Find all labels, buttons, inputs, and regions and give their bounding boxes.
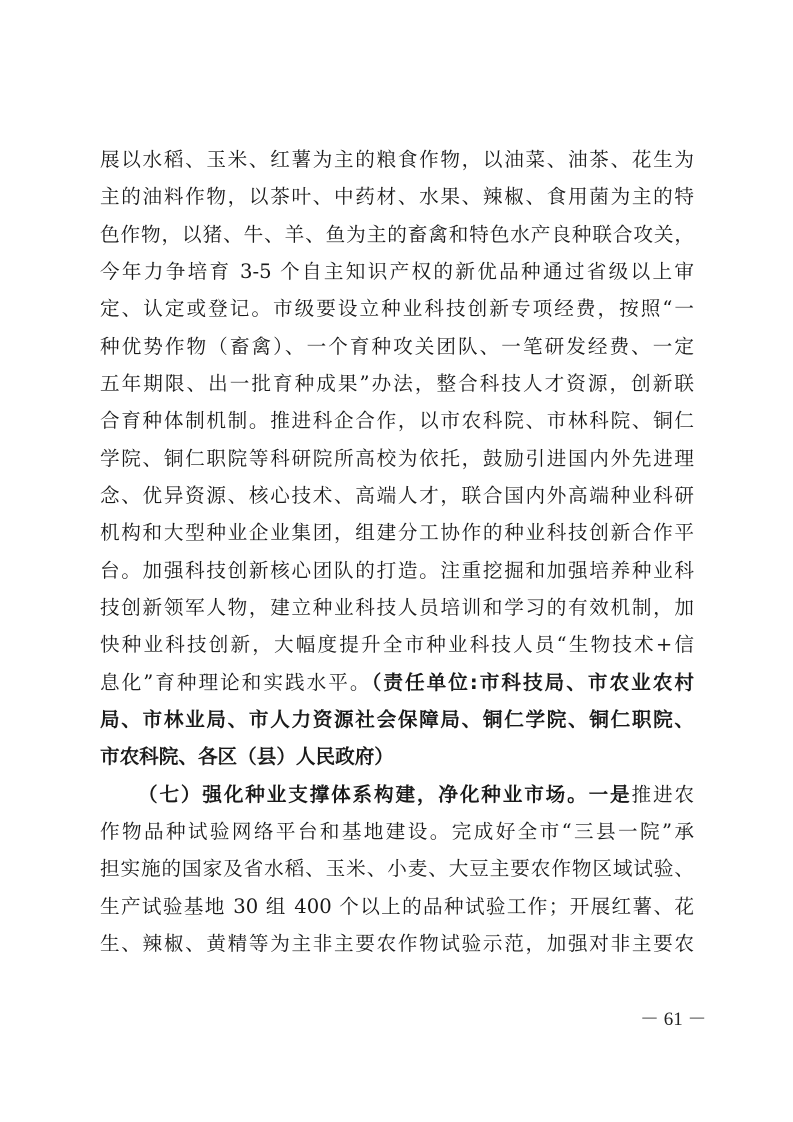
page-number: － 61 － <box>640 1004 707 1031</box>
text-line: 生产试验基地 30 组 400 个以上的品种试验工作；开展红薯、花 <box>100 888 694 925</box>
section-lead: 一是 <box>589 783 632 806</box>
text-line: 快种业科技创新，大幅度提升全市种业科技人员“生物技术+信 <box>100 626 694 663</box>
text-line: 展以水稻、玉米、红薯为主的粮食作物，以油菜、油茶、花生为 <box>100 141 694 178</box>
text-line: 色作物，以猪、牛、羊、鱼为主的畜禽和特色水产良种联合攻关， <box>100 216 694 253</box>
text-line: 种优势作物（畜禽）、一个育种攻关团队、一笔研发经费、一定 <box>100 328 694 365</box>
text-line: 机构和大型种业企业集团，组建分工协作的种业科技创新合作平 <box>100 514 694 551</box>
document-body: 展以水稻、玉米、红薯为主的粮食作物，以油菜、油茶、花生为 主的油料作物，以茶叶、… <box>100 141 694 962</box>
text-line: 台。加强科技创新核心团队的打造。注重挖掘和加强培养种业科 <box>100 552 694 589</box>
text-line: 定、认定或登记。市级要设立种业科技创新专项经费，按照“一 <box>100 290 694 327</box>
text-line: 主的油料作物，以茶叶、中药材、水果、辣椒、食用菌为主的特 <box>100 178 694 215</box>
text-line: 学院、铜仁职院等科研院所高校为依托，鼓励引进国内外先进理 <box>100 440 694 477</box>
section-heading-line: （七）强化种业支撑体系构建，净化种业市场。一是推进农 <box>100 776 694 813</box>
text-segment: 推进农 <box>632 783 695 806</box>
section-heading: （七）强化种业支撑体系构建，净化种业市场。 <box>138 783 589 806</box>
responsibility-units: 局、市林业局、市人力资源社会保障局、铜仁学院、铜仁职院、 <box>100 701 694 738</box>
text-line: 技创新领军人物，建立种业科技人员培训和学习的有效机制，加 <box>100 589 694 626</box>
text-line: 念、优异资源、核心技术、高端人才，联合国内外高端种业科研 <box>100 477 694 514</box>
responsibility-units: 市农科院、各区（县）人民政府） <box>100 738 694 775</box>
text-segment: 息化”育种理论和实践水平。 <box>100 671 372 694</box>
text-line: 担实施的国家及省水稻、玉米、小麦、大豆主要农作物区域试验、 <box>100 850 694 887</box>
text-line: 合育种体制机制。推进科企合作，以市农科院、市林科院、铜仁 <box>100 402 694 439</box>
responsibility-units: （责任单位:市科技局、市农业农村 <box>372 671 694 694</box>
text-line-with-responsibility: 息化”育种理论和实践水平。（责任单位:市科技局、市农业农村 <box>100 664 694 701</box>
text-line: 生、辣椒、黄精等为主非主要农作物试验示范，加强对非主要农 <box>100 925 694 962</box>
text-line: 今年力争培育 3-5 个自主知识产权的新优品种通过省级以上审 <box>100 253 694 290</box>
text-line: 作物品种试验网络平台和基地建设。完成好全市“三县一院”承 <box>100 813 694 850</box>
text-line: 五年期限、出一批育种成果”办法，整合科技人才资源，创新联 <box>100 365 694 402</box>
